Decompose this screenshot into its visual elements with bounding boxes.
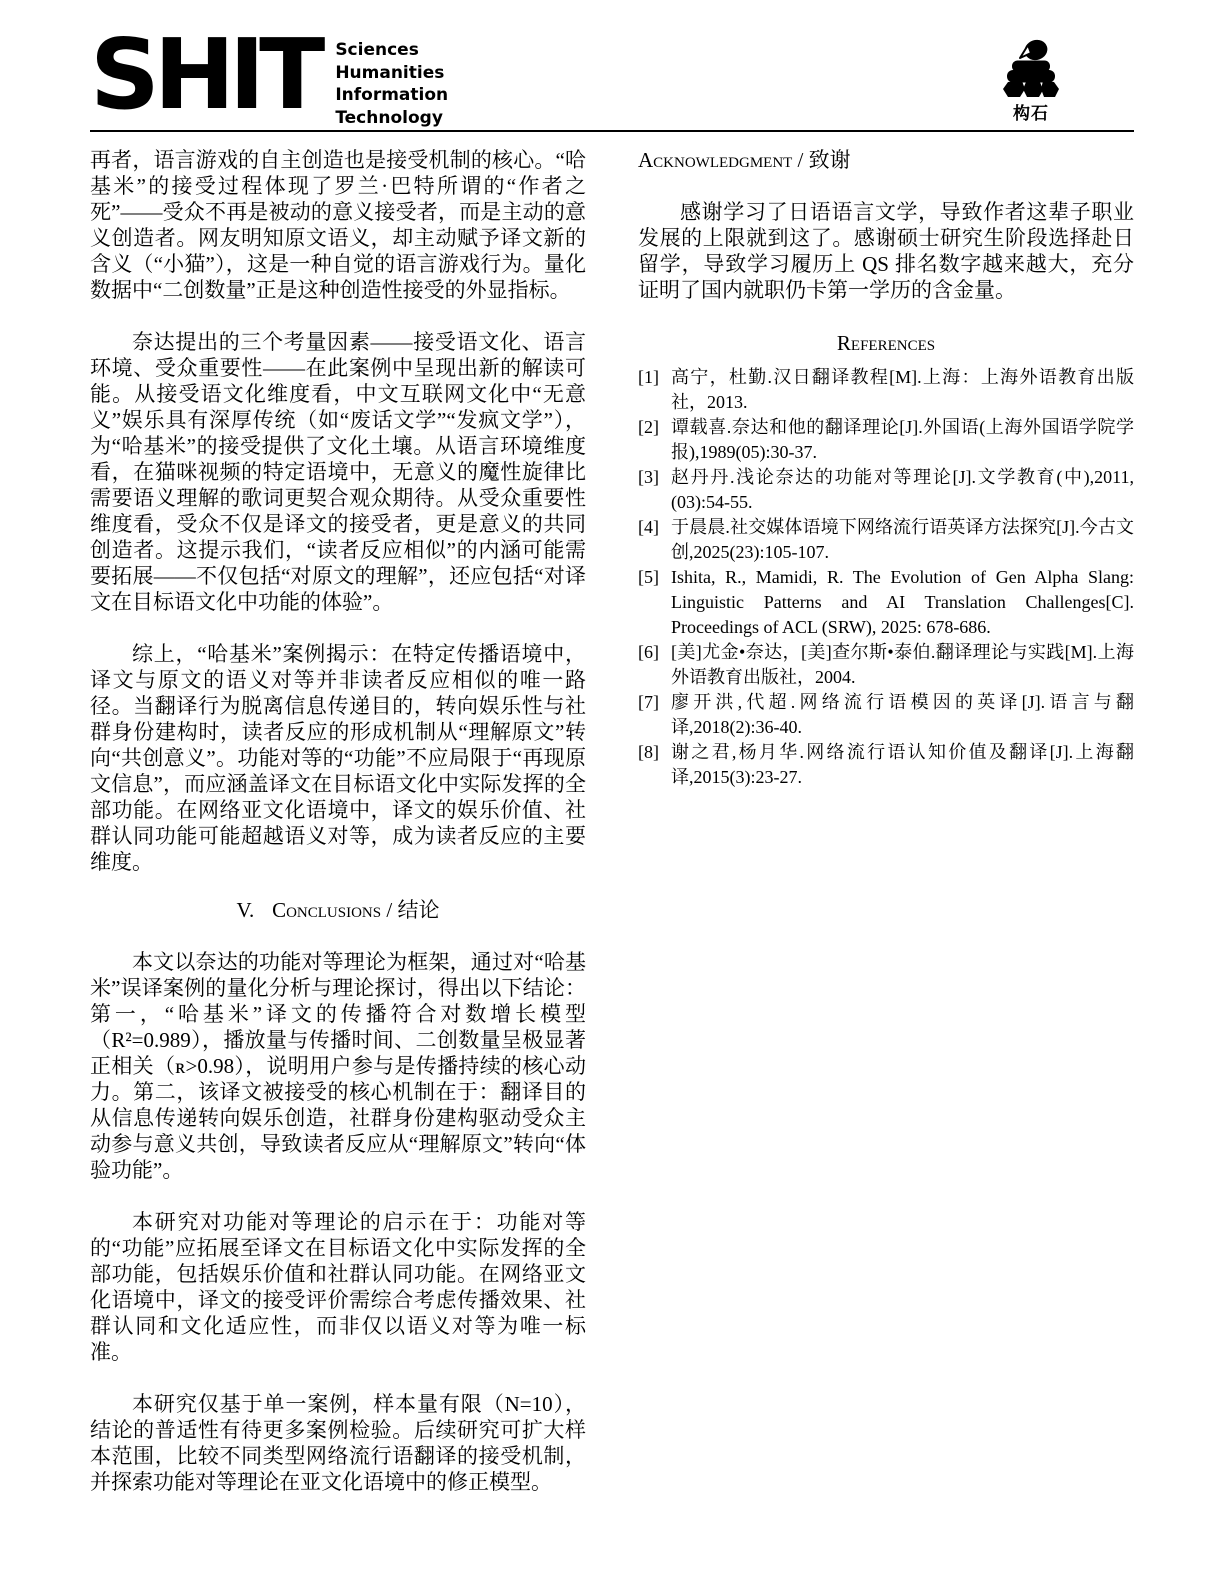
references-heading: References (638, 330, 1134, 356)
reference-item: [5]Ishita, R., Mamidi, R. The Evolution … (638, 565, 1134, 640)
journal-logo-words: Sciences Humanities Information Technolo… (335, 37, 448, 129)
reference-item: [3]赵丹丹.浅论奈达的功能对等理论[J].文学教育(中),2011,(03):… (638, 465, 1134, 515)
stone-pile-icon (998, 37, 1064, 99)
reference-item: [8]谢之君,杨月华.网络流行语认知价值及翻译[J].上海翻译,2015(3):… (638, 740, 1134, 790)
body-paragraph: 本研究对功能对等理论的启示在于：功能对等的“功能”应拓展至译文在目标语文化中实际… (90, 1209, 586, 1365)
body-paragraph: 本研究仅基于单一案例，样本量有限（N=10），结论的普适性有待更多案例检验。后续… (90, 1391, 586, 1495)
reference-text: 廖开洪,代超.网络流行语模因的英译[J].语言与翻译,2018(2):36-40… (671, 692, 1134, 737)
reference-marker: [7] (638, 690, 659, 715)
left-column: 再者，语言游戏的自主创造也是接受机制的核心。“哈基米”的接受过程体现了罗兰·巴特… (90, 147, 586, 1495)
reference-item: [6][美]尤金•奈达，[美]查尔斯•泰伯.翻译理论与实践[M].上海外语教育出… (638, 640, 1134, 690)
journal-mark-label: 构石 (998, 99, 1064, 124)
reference-marker: [4] (638, 515, 659, 540)
reference-marker: [8] (638, 740, 659, 765)
logo-word: Humanities (335, 62, 448, 85)
reference-marker: [6] (638, 640, 659, 665)
logo-word: Sciences (335, 39, 448, 62)
reference-marker: [1] (638, 365, 659, 390)
paper-page: SHIT Sciences Humanities Information Tec… (0, 0, 1224, 1584)
reference-item: [4]于晨晨.社交媒体语境下网络流行语英译方法探究[J].今古文创,2025(2… (638, 515, 1134, 565)
reference-item: [1]高宁，杜勤.汉日翻译教程[M].上海：上海外语教育出版社，2013. (638, 365, 1134, 415)
reference-marker: [2] (638, 415, 659, 440)
references-list: [1]高宁，杜勤.汉日翻译教程[M].上海：上海外语教育出版社，2013. [2… (638, 365, 1134, 790)
reference-text: Ishita, R., Mamidi, R. The Evolution of … (671, 567, 1134, 637)
reference-text: 赵丹丹.浅论奈达的功能对等理论[J].文学教育(中),2011,(03):54-… (671, 467, 1134, 512)
reference-text: 于晨晨.社交媒体语境下网络流行语英译方法探究[J].今古文创,2025(23):… (671, 517, 1134, 562)
conclusions-heading: V.Conclusions / 结论 (90, 897, 586, 923)
reference-text: 谭载喜.奈达和他的翻译理论[J].外国语(上海外国语学院学报),1989(05)… (671, 417, 1134, 462)
reference-text: 谢之君,杨月华.网络流行语认知价值及翻译[J].上海翻译,2015(3):23-… (671, 742, 1134, 787)
body-paragraph: 综上，“哈基米”案例揭示：在特定传播语境中，译文与原文的语义对等并非读者反应相似… (90, 641, 586, 875)
journal-header: SHIT Sciences Humanities Information Tec… (90, 0, 1134, 132)
logo-word: Technology (335, 107, 448, 130)
two-column-body: 再者，语言游戏的自主创造也是接受机制的核心。“哈基米”的接受过程体现了罗兰·巴特… (90, 132, 1134, 1495)
reference-marker: [5] (638, 565, 659, 590)
journal-mark: 构石 (998, 37, 1064, 124)
reference-item: [2]谭载喜.奈达和他的翻译理论[J].外国语(上海外国语学院学报),1989(… (638, 415, 1134, 465)
section-title: Conclusions / 结论 (272, 898, 439, 922)
body-paragraph: 奈达提出的三个考量因素——接受语文化、语言环境、受众重要性——在此案例中呈现出新… (90, 329, 586, 615)
body-paragraph: 再者，语言游戏的自主创造也是接受机制的核心。“哈基米”的接受过程体现了罗兰·巴特… (90, 147, 586, 303)
journal-logo: SHIT Sciences Humanities Information Tec… (90, 37, 448, 129)
acknowledgment-heading: Acknowledgment / 致谢 (638, 147, 1134, 173)
reference-text: 高宁，杜勤.汉日翻译教程[M].上海：上海外语教育出版社，2013. (671, 367, 1134, 412)
section-number: V. (237, 898, 255, 922)
reference-marker: [3] (638, 465, 659, 490)
acknowledgment-paragraph: 感谢学习了日语语言文学，导致作者这辈子职业发展的上限就到这了。感谢硕士研究生阶段… (638, 199, 1134, 303)
right-column: Acknowledgment / 致谢 感谢学习了日语语言文学，导致作者这辈子职… (638, 147, 1134, 1495)
logo-word: Information (335, 84, 448, 107)
body-paragraph: 本文以奈达的功能对等理论为框架，通过对“哈基米”误译案例的量化分析与理论探讨，得… (90, 949, 586, 1183)
journal-logo-acronym: SHIT (90, 37, 319, 113)
reference-text: [美]尤金•奈达，[美]查尔斯•泰伯.翻译理论与实践[M].上海外语教育出版社，… (671, 642, 1134, 687)
reference-item: [7]廖开洪,代超.网络流行语模因的英译[J].语言与翻译,2018(2):36… (638, 690, 1134, 740)
